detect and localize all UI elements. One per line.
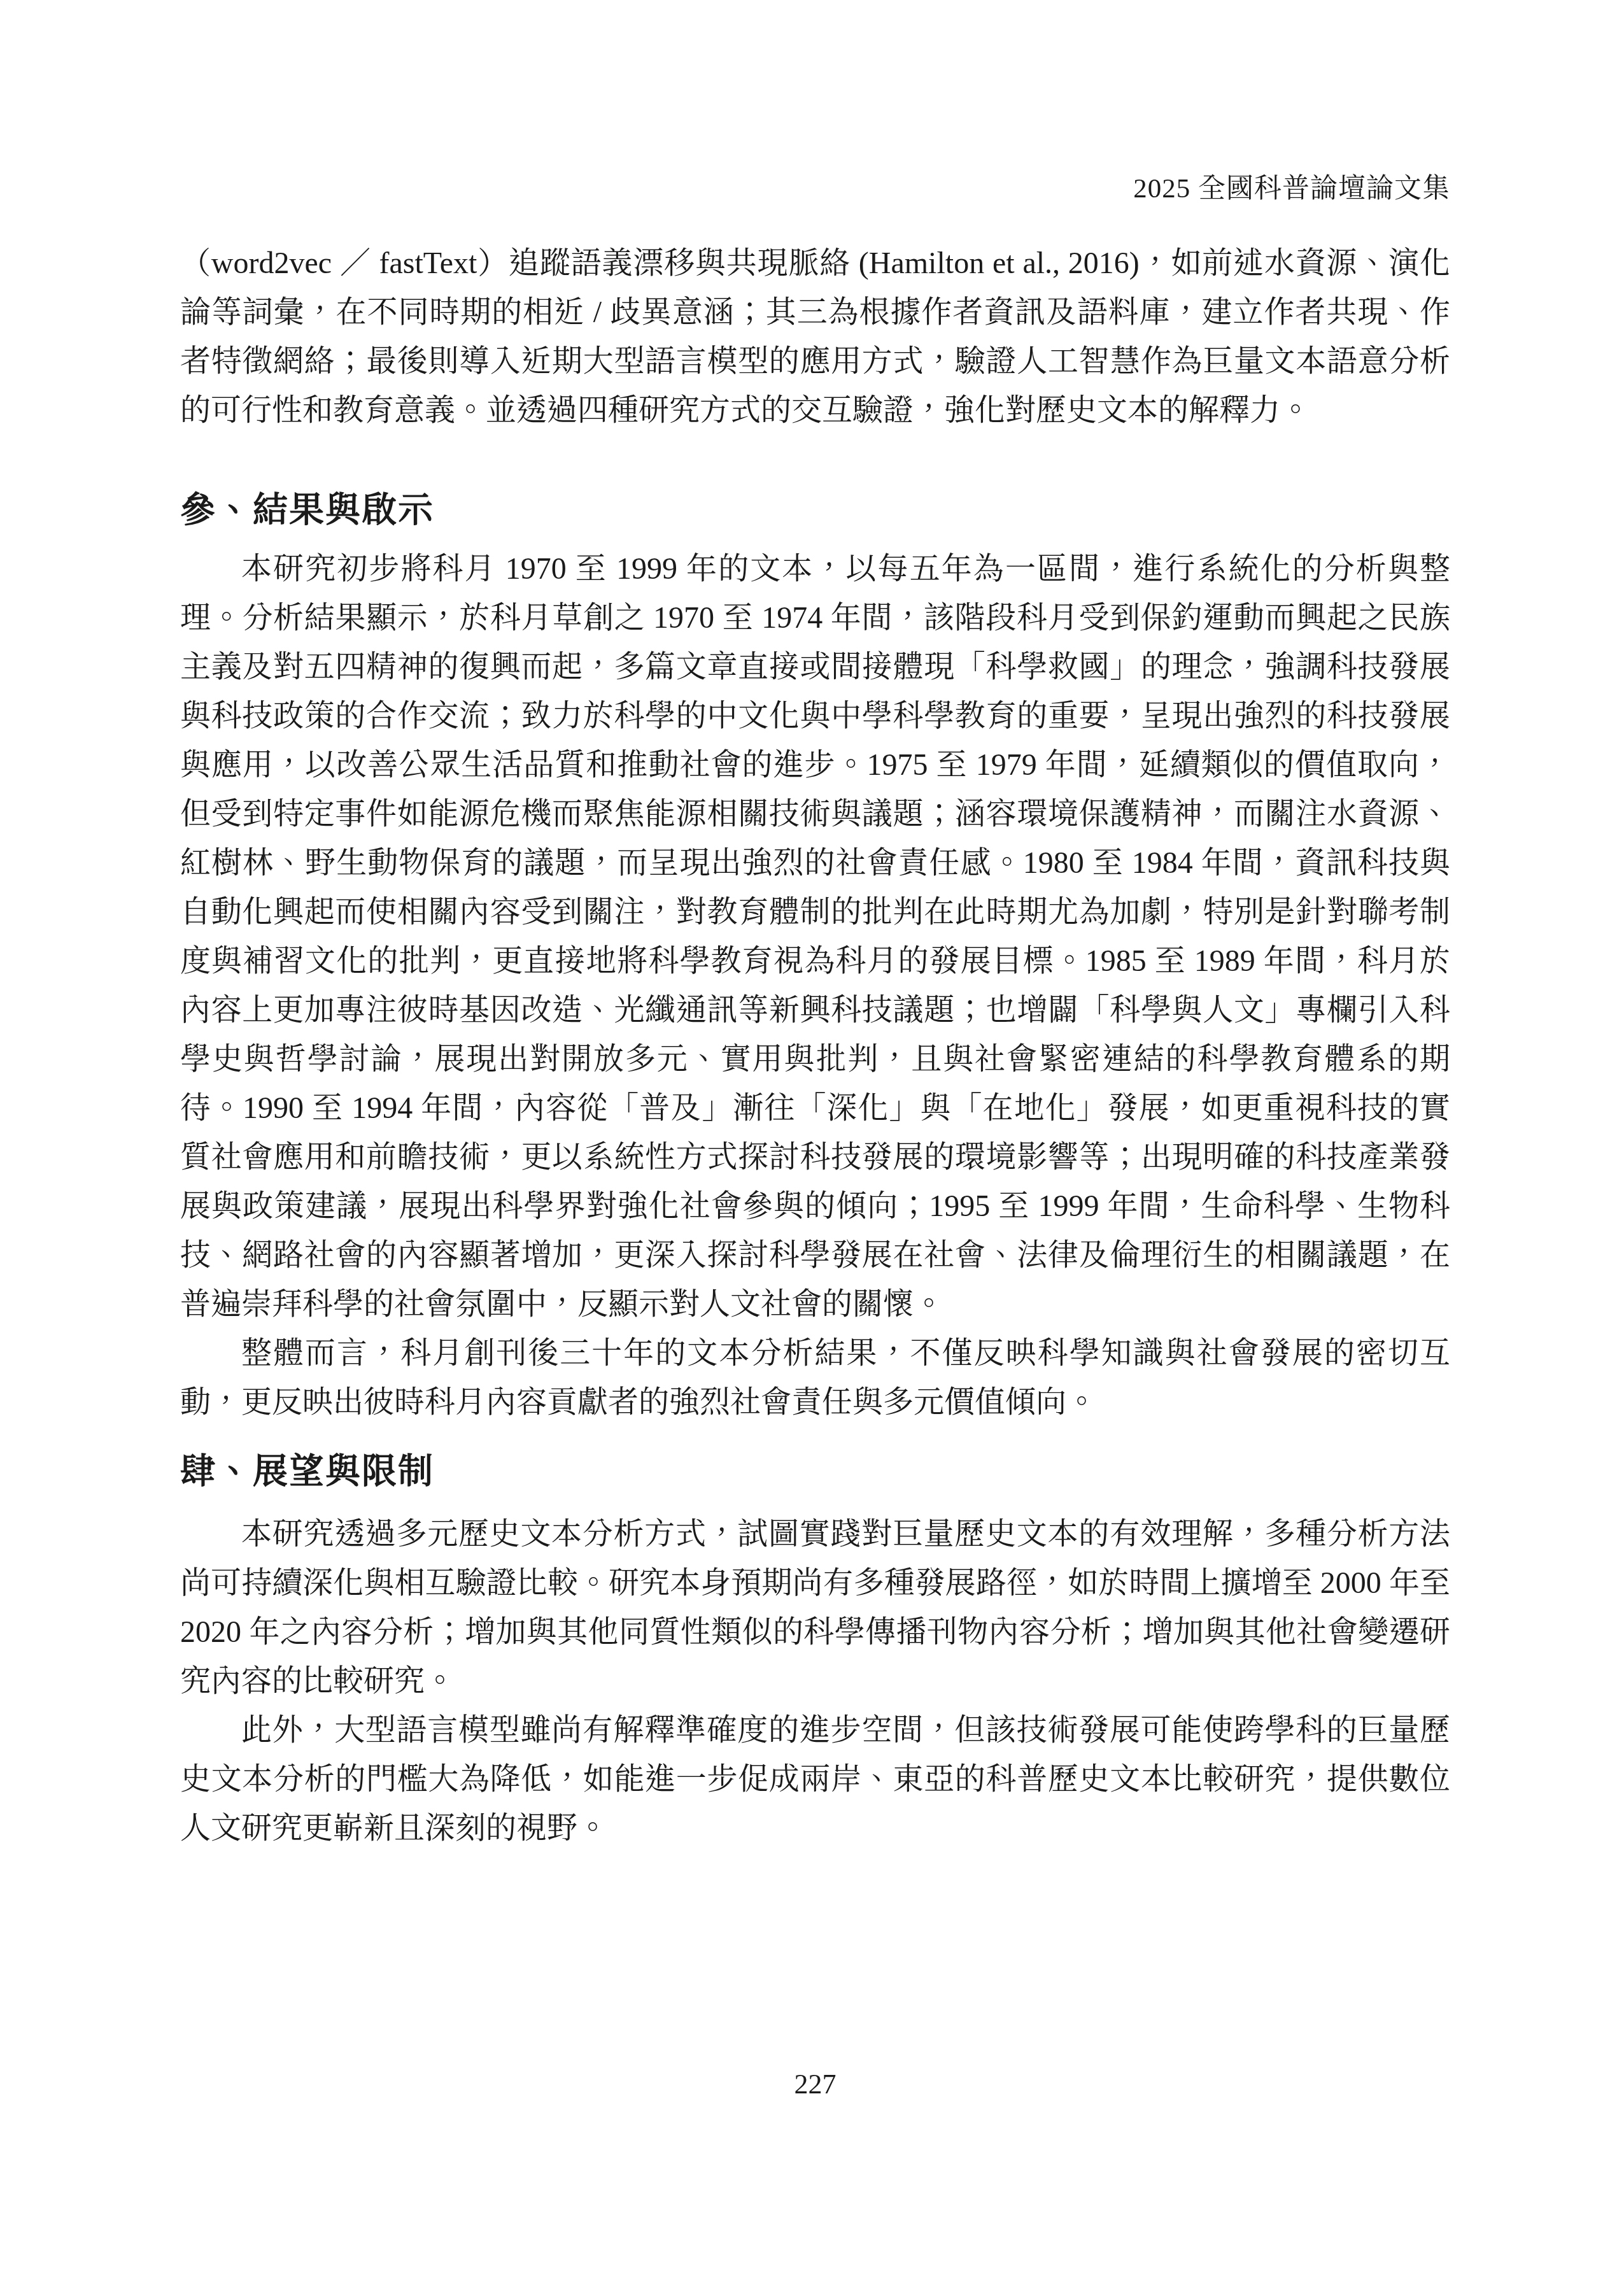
running-header: 2025 全國科普論壇論文集 [1133, 173, 1450, 204]
page-body: （word2vec ／ fastText）追蹤語義漂移與共現脈絡 (Hamilt… [180, 239, 1450, 1853]
page-number: 227 [180, 2068, 1450, 2102]
intro-continuation-paragraph: （word2vec ／ fastText）追蹤語義漂移與共現脈絡 (Hamilt… [180, 239, 1450, 435]
results-paragraph-1: 本研究初步將科月 1970 至 1999 年的文本，以每五年為一區間，進行系統化… [180, 544, 1450, 1329]
document-page: 2025 全國科普論壇論文集 （word2vec ／ fastText）追蹤語義… [0, 0, 1624, 2278]
results-paragraph-2: 整體而言，科月創刊後三十年的文本分析結果，不僅反映科學知識與社會發展的密切互動，… [180, 1329, 1450, 1427]
outlook-paragraph-1: 本研究透過多元歷史文本分析方式，試圖實踐對巨量歷史文本的有效理解，多種分析方法尚… [180, 1510, 1450, 1706]
section-heading-results: 參、結果與啟示 [180, 489, 1450, 531]
section-heading-outlook: 肆、展望與限制 [180, 1450, 1450, 1492]
outlook-paragraph-2: 此外，大型語言模型雖尚有解釋準確度的進步空間，但該技術發展可能使跨學科的巨量歷史… [180, 1706, 1450, 1853]
